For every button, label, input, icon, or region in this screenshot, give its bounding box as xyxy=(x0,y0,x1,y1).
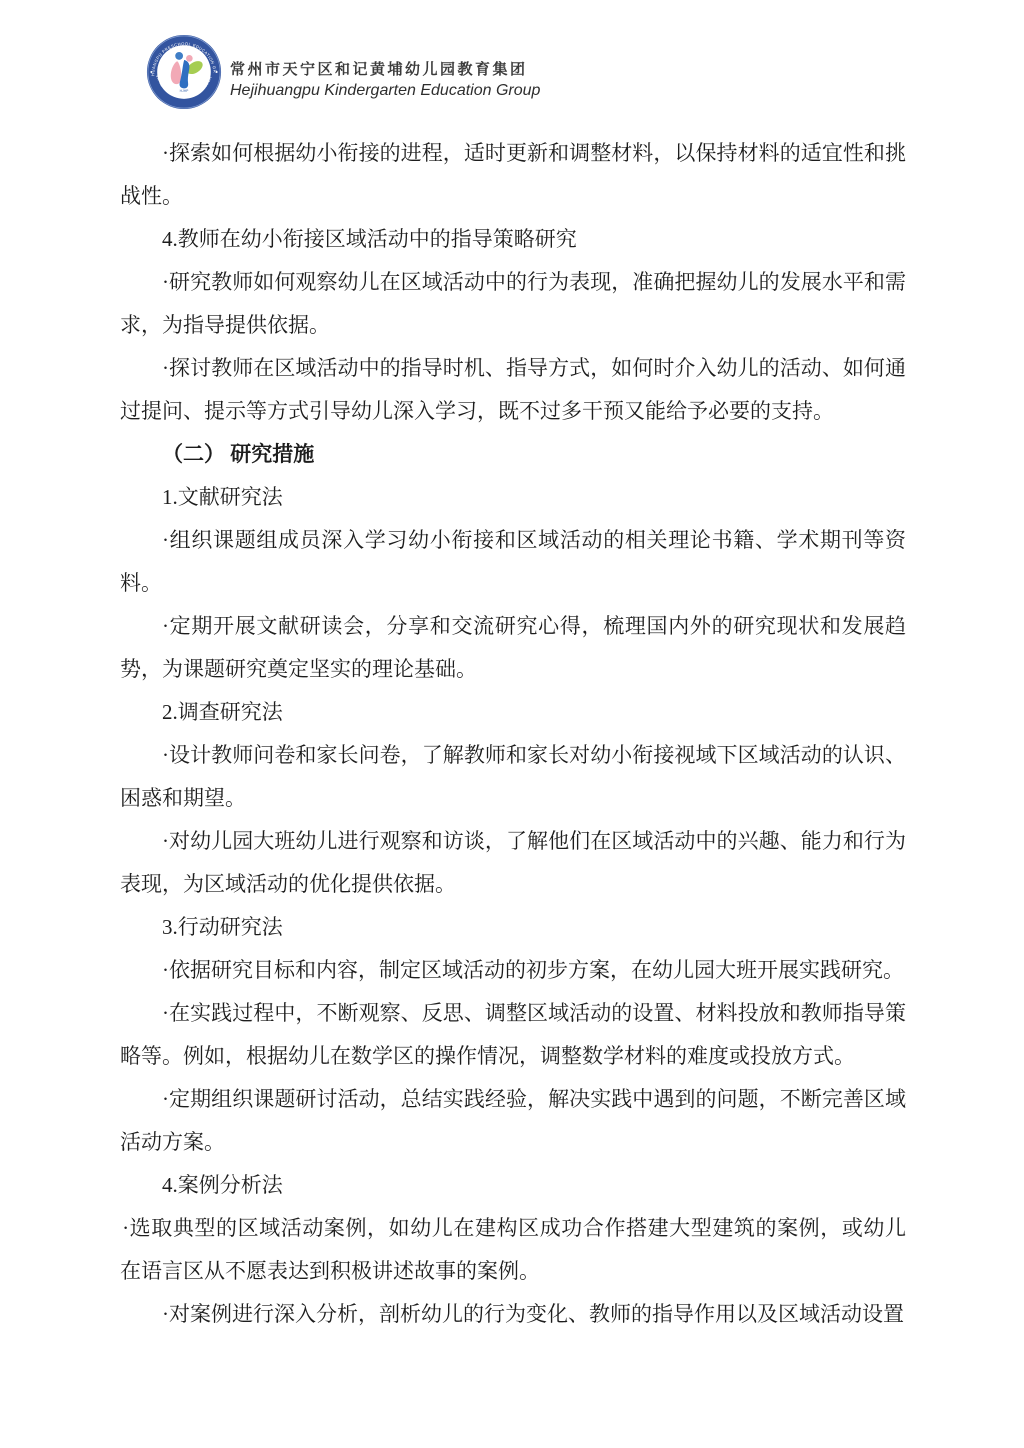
paragraph-bullet: ·设计教师问卷和家长问卷，了解教师和家长对幼小衔接视域下区域活动的认识、困惑和期… xyxy=(120,734,906,820)
org-titles: 常州市天宁区和记黄埔幼儿园教育集团 Hejihuangpu Kindergart… xyxy=(230,44,540,100)
org-name-en: Hejihuangpu Kindergarten Education Group xyxy=(230,82,540,100)
paragraph-numbered: 4.案例分析法 xyxy=(120,1164,906,1207)
logo-center-label: HJHP xyxy=(180,89,189,93)
logo-pink-head xyxy=(186,55,193,62)
paragraph-bullet: ·对幼儿园大班幼儿进行观察和访谈，了解他们在区域活动中的兴趣、能力和行为表现，为… xyxy=(120,820,906,906)
paragraph-heading: （二） 研究措施 xyxy=(120,433,906,476)
paragraph-bullet: ·组织课题组成员深入学习幼小衔接和区域活动的相关理论书籍、学术期刊等资料。 xyxy=(120,519,906,605)
document-body: ·探索如何根据幼小衔接的进程，适时更新和调整材料，以保持材料的适宜性和挑战性。4… xyxy=(120,132,906,1336)
paragraph-bullet: ·定期组织课题研讨活动，总结实践经验，解决实践中遇到的问题，不断完善区域活动方案… xyxy=(120,1078,906,1164)
org-name-zh: 常州市天宁区和记黄埔幼儿园教育集团 xyxy=(230,58,540,79)
paragraph-bullet: ·定期开展文献研读会，分享和交流研究心得，梳理国内外的研究现状和发展趋势，为课题… xyxy=(120,605,906,691)
paragraph-numbered: 3.行动研究法 xyxy=(120,906,906,949)
paragraph-bullet: ·探讨教师在区域活动中的指导时机、指导方式，如何时介入幼儿的活动、如何通过提问、… xyxy=(120,347,906,433)
paragraph-bullet: ·研究教师如何观察幼儿在区域活动中的行为表现，准确把握幼儿的发展水平和需求，为指… xyxy=(120,261,906,347)
paragraph-numbered: 1.文献研究法 xyxy=(120,476,906,519)
paragraph-numbered: 4.教师在幼小衔接区域活动中的指导策略研究 xyxy=(120,218,906,261)
paragraph-bullet: ·在实践过程中，不断观察、反思、调整区域活动的设置、材料投放和教师指导策略等。例… xyxy=(120,992,906,1078)
logo-blue-head xyxy=(175,52,183,60)
paragraph-bullet: ·对案例进行深入分析，剖析幼儿的行为变化、教师的指导作用以及区域活动设置 xyxy=(120,1293,906,1336)
paragraph-numbered: 2.调查研究法 xyxy=(120,691,906,734)
paragraph-bullet-flush: ·选取典型的区域活动案例，如幼儿在建构区成功合作搭建大型建筑的案例，或幼儿在语言… xyxy=(120,1207,906,1293)
paragraph-bullet: ·探索如何根据幼小衔接的进程，适时更新和调整材料，以保持材料的适宜性和挑战性。 xyxy=(120,132,906,218)
org-logo-icon: HJ HUANGPU PRESCHOOL EDUCATION GROUP 和记黄… xyxy=(145,33,223,111)
page: { "header": { "org_name_zh": "常州市天宁区和记黄埔… xyxy=(0,0,1024,1448)
paragraph-bullet: ·依据研究目标和内容，制定区域活动的初步方案，在幼儿园大班开展实践研究。 xyxy=(120,949,906,992)
letterhead: HJ HUANGPU PRESCHOOL EDUCATION GROUP 和记黄… xyxy=(145,33,540,111)
